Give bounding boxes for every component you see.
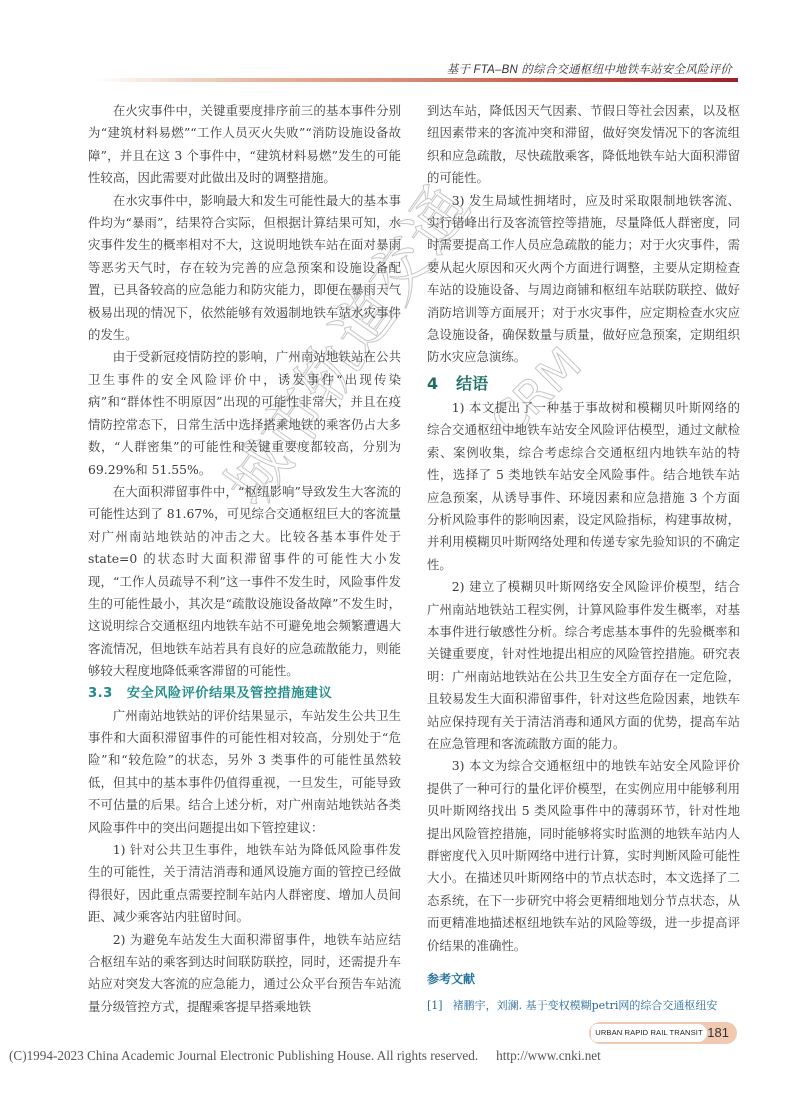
cnki-link[interactable]: http://www.cnki.net (496, 1048, 601, 1063)
paragraph-continuation: 到达车站，降低因天气因素、节假日等社会因素，以及枢纽因素带来的客流冲突和滞留，做… (427, 100, 740, 190)
references-title: 参考文献 (427, 969, 740, 989)
paragraph: 1) 本文提出了一种基于事故树和模糊贝叶斯网络的综合交通枢纽中地铁车站安全风险评… (427, 397, 740, 576)
section-title: 安全风险评价结果及管控措施建议 (127, 686, 332, 701)
paragraph: 在水灾事件中，影响最大和发生可能性最大的基本事件均为“暴雨”，结果符合实际，但根… (88, 190, 401, 347)
reference-item: [1]褚鹏宇，刘澜. 基于变权模糊petri网的综合交通枢纽安 (427, 997, 740, 1015)
reference-number: [1] (427, 999, 443, 1012)
paragraph: 在火灾事件中，关键重要度排序前三的基本事件分别为“建筑材料易燃”“工作人员灭火失… (88, 100, 401, 190)
chapter-title: 结语 (456, 374, 488, 393)
journal-name: URBAN RAPID RAIL TRANSIT (591, 1024, 707, 1042)
running-title: 基于 FTA–BN 的综合交通枢纽中地铁车站安全风险评价 (447, 61, 732, 77)
copyright-text: (C)1994-2023 China Academic Journal Elec… (9, 1048, 478, 1063)
left-column: 在火灾事件中，关键重要度排序前三的基本事件分别为“建筑材料易燃”“工作人员灭火失… (88, 100, 401, 1018)
paragraph: 2) 建立了模糊贝叶斯网络安全风险评价模型，结合广州南站地铁站工程实例，计算风险… (427, 576, 740, 755)
header-rule (95, 78, 738, 82)
paragraph: 1) 针对公共卫生事件，地铁车站为降低风险事件发生的可能性，关于清洁消毒和通风设… (88, 839, 401, 929)
paragraph: 广州南站地铁站的评价结果显示，车站发生公共卫生事件和大面积滞留事件的可能性相对较… (88, 705, 401, 839)
paragraph: 2) 为避免车站发生大面积滞留事件，地铁车站应结合枢纽车站的乘客到达时间联防联控… (88, 929, 401, 1019)
section-heading: 3.3安全风险评价结果及管控措施建议 (88, 683, 401, 705)
journal-badge: URBAN RAPID RAIL TRANSIT 181 (589, 1022, 737, 1044)
chapter-number: 4 (427, 374, 438, 393)
page-number: 181 (707, 1022, 729, 1044)
reference-text: 褚鹏宇，刘澜. 基于变权模糊petri网的综合交通枢纽安 (453, 999, 718, 1012)
copyright-line: (C)1994-2023 China Academic Journal Elec… (9, 1048, 601, 1064)
right-column: 到达车站，降低因天气因素、节假日等社会因素，以及枢纽因素带来的客流冲突和滞留，做… (427, 100, 740, 1015)
paragraph: 3) 本文为综合交通枢纽中的地铁车站安全风险评价提供了一种可行的量化评价模型，在… (427, 755, 740, 957)
paragraph: 3) 发生局域性拥堵时，应及时采取限制地铁客流、实行错峰出行及客流管控等措施，尽… (427, 190, 740, 369)
paragraph: 在大面积滞留事件中，“枢纽影响”导致发生大客流的可能性达到了 81.67%，可见… (88, 481, 401, 683)
section-number: 3.3 (88, 686, 113, 701)
paragraph: 由于受新冠疫情防控的影响，广州南站地铁站在公共卫生事件的安全风险评价中，诱发事件… (88, 346, 401, 480)
chapter-heading: 4结语 (427, 371, 740, 397)
